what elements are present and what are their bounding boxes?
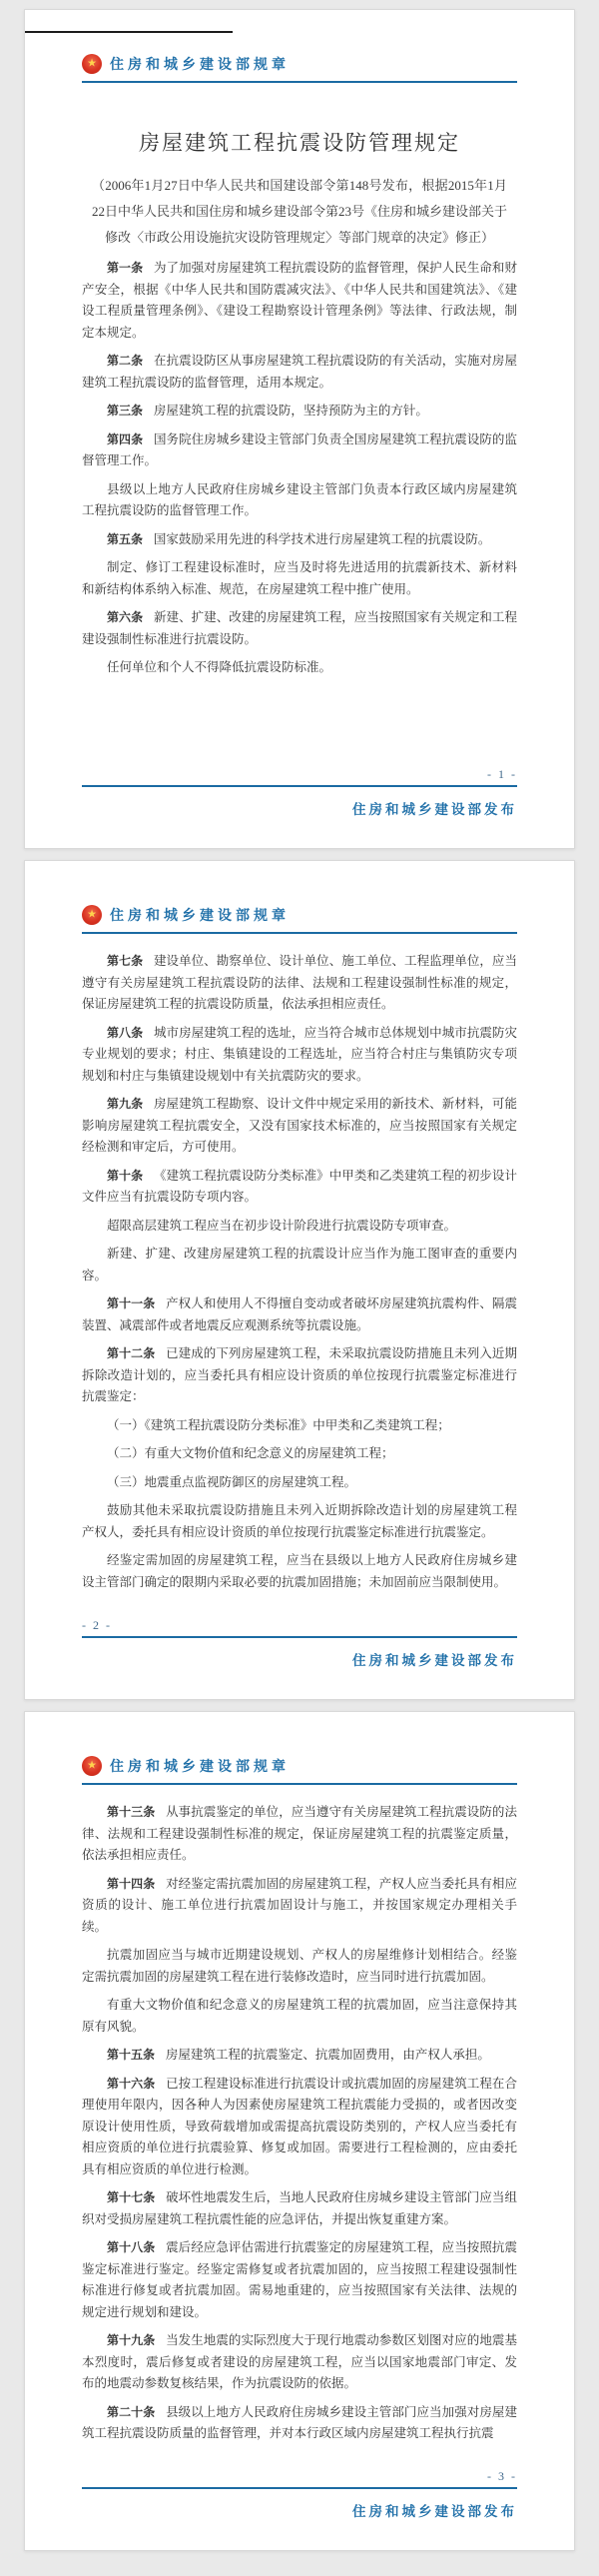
article-number: 第六条 — [107, 610, 143, 624]
article-text: 新建、扩建、改建的房屋建筑工程，应当按照国家有关规定和工程建设强制性标准进行抗震… — [82, 610, 517, 646]
article-paragraph: （三）地震重点监视防御区的房屋建筑工程。 — [82, 1472, 517, 1494]
publisher-label: 住房和城乡建设部发布 — [82, 798, 517, 818]
header-label: 住房和城乡建设部规章 — [110, 905, 290, 925]
article-number: 第十五条 — [107, 2048, 155, 2062]
document-title: 房屋建筑工程抗震设防管理规定 — [82, 127, 517, 157]
article-paragraph: 超限高层建筑工程应当在初步设计阶段进行抗震设防专项审查。 — [82, 1216, 517, 1238]
header-rule — [82, 1783, 517, 1785]
article-paragraph: 第一条为了加强对房屋建筑工程抗震设防的监督管理，保护人民生命和财产安全，根据《中… — [82, 258, 517, 344]
page-header: ★ 住房和城乡建设部规章 — [82, 1756, 517, 1785]
publisher-label: 住房和城乡建设部发布 — [82, 1649, 517, 1669]
article-text: 房屋建筑工程的抗震设防，坚持预防为主的方针。 — [154, 404, 428, 418]
article-paragraph: 第十六条已按工程建设标准进行抗震设计或抗震加固的房屋建筑工程在合理使用年限内，因… — [82, 2074, 517, 2181]
article-text: 已按工程建设标准进行抗震设计或抗震加固的房屋建筑工程在合理使用年限内，因各种人为… — [82, 2077, 517, 2176]
header-rule — [82, 81, 517, 83]
article-paragraph: 第五条国家鼓励采用先进的科学技术进行房屋建筑工程的抗震设防。 — [82, 529, 517, 551]
page-header: ★ 住房和城乡建设部规章 — [82, 905, 517, 934]
articles-page-3: 第十三条从事抗震鉴定的单位，应当遵守有关房屋建筑工程抗震设防的法律、法规和工程建… — [82, 1802, 517, 2445]
article-number: 第十三条 — [107, 1805, 155, 1819]
header-rule — [82, 932, 517, 934]
article-text: 抗震加固应当与城市近期建设规划、产权人的房屋维修计划相结合。经鉴定需抗震加固的房… — [82, 1948, 517, 1984]
article-paragraph: 第三条房屋建筑工程的抗震设防，坚持预防为主的方针。 — [82, 401, 517, 423]
article-text: 国务院住房城乡建设主管部门负责全国房屋建筑工程抗震设防的监督管理工作。 — [82, 432, 517, 468]
article-paragraph: 第十条《建筑工程抗震设防分类标准》中甲类和乙类建筑工程的初步设计文件应当有抗震设… — [82, 1166, 517, 1209]
national-emblem-icon: ★ — [82, 1756, 102, 1776]
article-paragraph: 第十三条从事抗震鉴定的单位，应当遵守有关房屋建筑工程抗震设防的法律、法规和工程建… — [82, 1802, 517, 1867]
page-3: ★ 住房和城乡建设部规章 第十三条从事抗震鉴定的单位，应当遵守有关房屋建筑工程抗… — [24, 1711, 575, 2551]
article-text: 城市房屋建筑工程的选址，应当符合城市总体规划中城市抗震防灾专业规划的要求；村庄、… — [82, 1026, 517, 1083]
article-number: 第十一条 — [107, 1296, 155, 1310]
article-paragraph: 有重大文物价值和纪念意义的房屋建筑工程的抗震加固，应当注意保持其原有风貌。 — [82, 1995, 517, 2038]
article-paragraph: 第十七条破坏性地震发生后，当地人民政府住房城乡建设主管部门应当组织对受损房屋建筑… — [82, 2187, 517, 2230]
scan-artifact-line — [25, 31, 233, 33]
article-text: 鼓励其他未采取抗震设防措施且未列入近期拆除改造计划的房屋建筑工程产权人，委托具有… — [82, 1503, 517, 1539]
article-paragraph: 鼓励其他未采取抗震设防措施且未列入近期拆除改造计划的房屋建筑工程产权人，委托具有… — [82, 1500, 517, 1543]
article-number: 第四条 — [107, 432, 143, 446]
national-emblem-icon: ★ — [82, 905, 102, 925]
article-paragraph: 第十四条对经鉴定需抗震加固的房屋建筑工程，产权人应当委托具有相应资质的设计、施工… — [82, 1874, 517, 1939]
article-number: 第一条 — [107, 261, 143, 275]
page-body: 第十三条从事抗震鉴定的单位，应当遵守有关房屋建筑工程抗震设防的法律、法规和工程建… — [82, 1795, 517, 2452]
articles-page-2: 第七条建设单位、勘察单位、设计单位、施工单位、工程监理单位，应当遵守有关房屋建筑… — [82, 951, 517, 1593]
article-paragraph: （一）《建筑工程抗震设防分类标准》中甲类和乙类建筑工程； — [82, 1415, 517, 1437]
articles-page-1: 第一条为了加强对房屋建筑工程抗震设防的监督管理，保护人民生命和财产安全，根据《中… — [82, 258, 517, 679]
article-text: 县级以上地方人民政府住房城乡建设主管部门负责本行政区域内房屋建筑工程抗震设防的监… — [82, 482, 517, 518]
article-text: 《建筑工程抗震设防分类标准》中甲类和乙类建筑工程的初步设计文件应当有抗震设防专项… — [82, 1169, 517, 1205]
article-paragraph: 抗震加固应当与城市近期建设规划、产权人的房屋维修计划相结合。经鉴定需抗震加固的房… — [82, 1945, 517, 1988]
article-paragraph: 第七条建设单位、勘察单位、设计单位、施工单位、工程监理单位，应当遵守有关房屋建筑… — [82, 951, 517, 1016]
page-header: ★ 住房和城乡建设部规章 — [82, 54, 517, 83]
article-paragraph: 第十九条当发生地震的实际烈度大于现行地震动参数区划图对应的地震基本烈度时，震后修… — [82, 2330, 517, 2395]
page-footer: - 2 - 住房和城乡建设部发布 — [82, 1618, 517, 1669]
article-text: 任何单位和个人不得降低抗震设防标准。 — [107, 660, 331, 674]
page-number: - 1 - — [82, 767, 517, 782]
article-number: 第十四条 — [107, 1877, 155, 1891]
article-text: 有重大文物价值和纪念意义的房屋建筑工程的抗震加固，应当注意保持其原有风貌。 — [82, 1998, 517, 2034]
article-paragraph: 制定、修订工程建设标准时，应当及时将先进适用的抗震新技术、新材料和新结构体系纳入… — [82, 557, 517, 600]
article-text: 超限高层建筑工程应当在初步设计阶段进行抗震设防专项审查。 — [107, 1219, 456, 1233]
footer-rule — [82, 2487, 517, 2489]
article-text: 国家鼓励采用先进的科学技术进行房屋建筑工程的抗震设防。 — [154, 532, 491, 546]
article-number: 第十八条 — [107, 2240, 155, 2254]
article-paragraph: 第二十条县级以上地方人民政府住房城乡建设主管部门应当加强对房屋建筑工程抗震设防质… — [82, 2402, 517, 2445]
article-text: 建设单位、勘察单位、设计单位、施工单位、工程监理单位，应当遵守有关房屋建筑工程抗… — [82, 954, 517, 1011]
article-number: 第二十条 — [107, 2405, 155, 2419]
article-paragraph: 第九条房屋建筑工程勘察、设计文件中规定采用的新技术、新材料，可能影响房屋建筑工程… — [82, 1094, 517, 1159]
article-number: 第三条 — [107, 404, 143, 418]
article-text: 制定、修订工程建设标准时，应当及时将先进适用的抗震新技术、新材料和新结构体系纳入… — [82, 560, 517, 596]
publisher-label: 住房和城乡建设部发布 — [82, 2500, 517, 2520]
header-label: 住房和城乡建设部规章 — [110, 1756, 290, 1776]
article-paragraph: 第八条城市房屋建筑工程的选址，应当符合城市总体规划中城市抗震防灾专业规划的要求；… — [82, 1023, 517, 1088]
document-preamble: （2006年1月27日中华人民共和国建设部令第148号发布，根据2015年1月2… — [82, 173, 517, 251]
national-emblem-icon: ★ — [82, 54, 102, 74]
article-text: 房屋建筑工程的抗震鉴定、抗震加固费用，由产权人承担。 — [166, 2048, 490, 2062]
article-text: （二）有重大文物价值和纪念意义的房屋建筑工程； — [107, 1446, 394, 1460]
page-footer: - 1 - 住房和城乡建设部发布 — [82, 767, 517, 818]
page-body: 房屋建筑工程抗震设防管理规定 （2006年1月27日中华人民共和国建设部令第14… — [82, 93, 517, 686]
article-text: 新建、扩建、改建房屋建筑工程的抗震设计应当作为施工图审查的重要内容。 — [82, 1247, 517, 1283]
footer-rule — [82, 1636, 517, 1638]
article-number: 第二条 — [107, 354, 143, 368]
page-number: - 3 - — [82, 2469, 517, 2484]
article-paragraph: 新建、扩建、改建房屋建筑工程的抗震设计应当作为施工图审查的重要内容。 — [82, 1244, 517, 1287]
article-number: 第五条 — [107, 532, 143, 546]
article-paragraph: 第十五条房屋建筑工程的抗震鉴定、抗震加固费用，由产权人承担。 — [82, 2045, 517, 2067]
article-text: 在抗震设防区从事房屋建筑工程抗震设防的有关活动，实施对房屋建筑工程抗震设防的监督… — [82, 354, 517, 390]
article-paragraph: 第六条新建、扩建、改建的房屋建筑工程，应当按照国家有关规定和工程建设强制性标准进… — [82, 607, 517, 650]
article-paragraph: 第四条国务院住房城乡建设主管部门负责全国房屋建筑工程抗震设防的监督管理工作。 — [82, 429, 517, 472]
article-paragraph: 经鉴定需加固的房屋建筑工程，应当在县级以上地方人民政府住房城乡建设主管部门确定的… — [82, 1550, 517, 1593]
article-number: 第七条 — [107, 954, 143, 968]
article-text: 为了加强对房屋建筑工程抗震设防的监督管理，保护人民生命和财产安全，根据《中华人民… — [82, 261, 517, 340]
article-number: 第九条 — [107, 1097, 143, 1111]
page-2: ★ 住房和城乡建设部规章 第七条建设单位、勘察单位、设计单位、施工单位、工程监理… — [24, 860, 575, 1700]
article-number: 第十条 — [107, 1169, 143, 1183]
article-number: 第十二条 — [107, 1346, 155, 1360]
header-label: 住房和城乡建设部规章 — [110, 54, 290, 74]
article-paragraph: （二）有重大文物价值和纪念意义的房屋建筑工程； — [82, 1443, 517, 1465]
article-paragraph: 第二条在抗震设防区从事房屋建筑工程抗震设防的有关活动，实施对房屋建筑工程抗震设防… — [82, 351, 517, 394]
page-number: - 2 - — [82, 1618, 517, 1633]
article-number: 第十六条 — [107, 2077, 155, 2091]
article-text: （三）地震重点监视防御区的房屋建筑工程。 — [107, 1475, 356, 1489]
article-paragraph: 第十八条震后经应急评估需进行抗震鉴定的房屋建筑工程，应当按照抗震鉴定标准进行鉴定… — [82, 2237, 517, 2323]
article-text: 经鉴定需加固的房屋建筑工程，应当在县级以上地方人民政府住房城乡建设主管部门确定的… — [82, 1553, 517, 1589]
article-paragraph: 第十二条已建成的下列房屋建筑工程，未采取抗震设防措施且未列入近期拆除改造计划的，… — [82, 1343, 517, 1408]
article-paragraph: 第十一条产权人和使用人不得擅自变动或者破坏房屋建筑抗震构件、隔震装置、减震部件或… — [82, 1293, 517, 1336]
document-viewer: ★ 住房和城乡建设部规章 房屋建筑工程抗震设防管理规定 （2006年1月27日中… — [0, 0, 599, 2576]
article-paragraph: 县级以上地方人民政府住房城乡建设主管部门负责本行政区域内房屋建筑工程抗震设防的监… — [82, 479, 517, 522]
article-paragraph: 任何单位和个人不得降低抗震设防标准。 — [82, 657, 517, 679]
article-number: 第十七条 — [107, 2190, 155, 2204]
article-number: 第十九条 — [107, 2333, 155, 2347]
page-body: 第七条建设单位、勘察单位、设计单位、施工单位、工程监理单位，应当遵守有关房屋建筑… — [82, 944, 517, 1600]
article-text: （一）《建筑工程抗震设防分类标准》中甲类和乙类建筑工程； — [107, 1418, 450, 1432]
page-footer: - 3 - 住房和城乡建设部发布 — [82, 2469, 517, 2520]
article-number: 第八条 — [107, 1026, 143, 1040]
article-text: 房屋建筑工程勘察、设计文件中规定采用的新技术、新材料，可能影响房屋建筑工程抗震安… — [82, 1097, 517, 1154]
footer-rule — [82, 785, 517, 787]
page-1: ★ 住房和城乡建设部规章 房屋建筑工程抗震设防管理规定 （2006年1月27日中… — [24, 9, 575, 849]
